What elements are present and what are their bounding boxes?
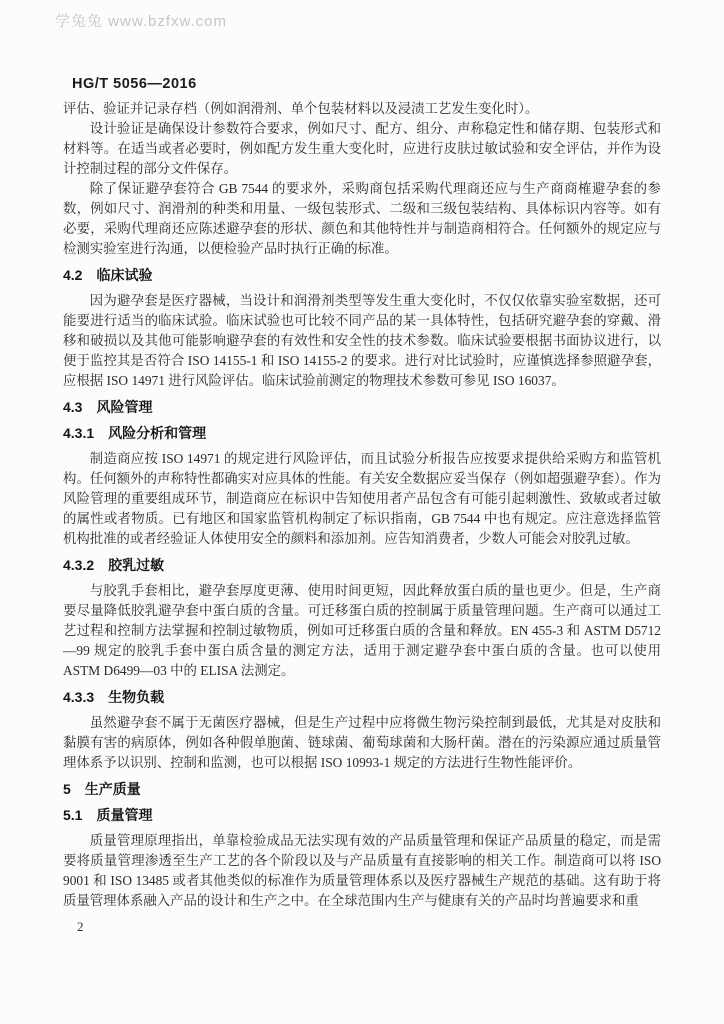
paragraph-clinical-trials: 因为避孕套是医疗器械，当设计和润滑剂类型等发生重大变化时，不仅仅依靠实验室数据，… (63, 291, 661, 391)
paragraph-risk-analysis: 制造商应按 ISO 14971 的规定进行风险评估，而且试验分析报告应按要求提供… (63, 449, 661, 549)
document-page: 学兔兔 www.bzfxw.com HG/T 5056—2016 评估、验证并记… (0, 0, 724, 1024)
paragraph-quality-management: 质量管理原理指出，单靠检验成品无法实现有效的产品质量管理和保证产品质量的稳定，而… (63, 831, 661, 911)
section-heading-5-1-quality-management: 5.1 质量管理 (63, 805, 661, 825)
paragraph-design-verification: 设计验证是确保设计参数符合要求，例如尺寸、配方、组分、声称稳定性和储存期、包装形… (63, 119, 661, 179)
section-heading-4-3-risk-management: 4.3 风险管理 (63, 397, 661, 417)
paragraph-bioburden: 虽然避孕套不属于无菌医疗器械，但是生产过程中应将微生物污染控制到最低，尤其是对皮… (63, 713, 661, 773)
site-watermark: 学兔兔 www.bzfxw.com (55, 10, 227, 31)
paragraph-latex-allergy: 与胶乳手套相比，避孕套厚度更薄、使用时间更短，因此释放蛋白质的量也更少。但是，生… (63, 581, 661, 681)
section-heading-4-3-2-latex-allergy: 4.3.2 胶乳过敏 (63, 555, 661, 575)
standard-number-header: HG/T 5056—2016 (72, 76, 197, 92)
section-heading-4-3-3-bioburden: 4.3.3 生物负载 (63, 687, 661, 707)
section-heading-4-3-1-risk-analysis: 4.3.1 风险分析和管理 (63, 423, 661, 443)
document-body: 评估、验证并记录存档（例如润滑剂、单个包装材料以及浸渍工艺发生变化时）。 设计验… (63, 99, 661, 935)
page-number: 2 (77, 919, 661, 935)
paragraph-purchaser-requirements: 除了保证避孕套符合 GB 7544 的要求外，采购商包括采购代理商还应与生产商商… (63, 179, 661, 259)
section-heading-5-production-quality: 5 生产质量 (63, 779, 661, 799)
paragraph-continuation: 评估、验证并记录存档（例如润滑剂、单个包装材料以及浸渍工艺发生变化时）。 (63, 99, 661, 119)
section-heading-4-2-clinical-trials: 4.2 临床试验 (63, 265, 661, 285)
